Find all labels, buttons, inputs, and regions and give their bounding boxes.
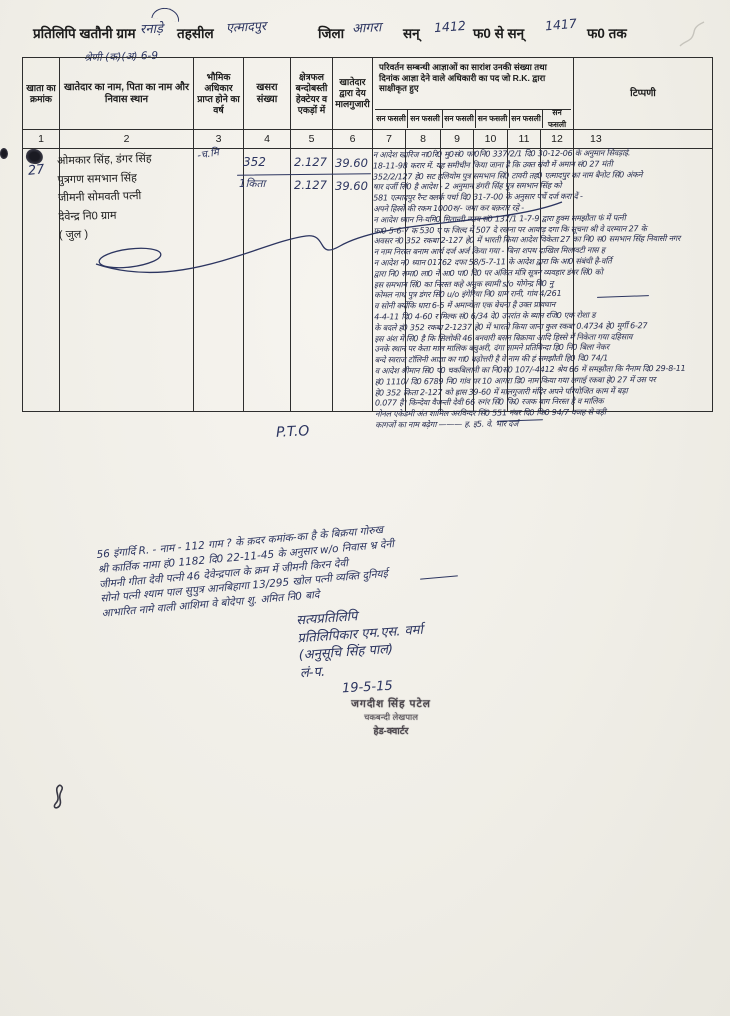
header-tippani: टिप्पणी [574, 58, 712, 129]
district-name-handwritten: आगरा [352, 17, 382, 37]
col-number: 5 [291, 130, 333, 148]
tehsil-label: तहसील [177, 24, 214, 42]
body-cell-khata [23, 149, 60, 411]
header-parivartan-group: परिवर्तन सम्बन्धी आज्ञाओं का सारांश उनकी… [373, 58, 574, 129]
malgujari-value-1: 39.60 [335, 156, 368, 170]
header-malgujari: खातेदार द्वारा देय मालगुजारी [333, 58, 373, 129]
column-number-row: 1 2 3 4 5 6 7 8 9 10 11 12 13 [23, 130, 712, 149]
stamp-name: जगदीश सिंह पटेल [326, 697, 456, 711]
col-number: 7 [373, 130, 406, 148]
col-number: 9 [441, 130, 474, 148]
table-header-row: खाता का क्रमांक खातेदार का नाम, पिता का … [23, 58, 712, 130]
orders-text-block: न आदेश खारिज ना0रि0 मु0सं0 फा0नि0 337/2/… [373, 147, 729, 431]
district-label: जिला [318, 24, 344, 42]
col-number: 10 [474, 130, 508, 148]
header-khata: खाता का क्रमांक [23, 58, 60, 129]
sun-fasli-label: सन फसली [443, 110, 476, 128]
header-parivartan-text: परिवर्तन सम्बन्धी आज्ञाओं का सारांश उनकी… [375, 59, 571, 109]
document-title: प्रतिलिपि खतौनी ग्राम [33, 24, 136, 42]
sun-fasli-label: सन फसली [408, 110, 443, 128]
stamp-designation: चकबन्दी लेखपाल [326, 712, 456, 723]
col-number: 13 [574, 130, 712, 148]
header-kshetrafal: क्षेत्रफल बन्दोबस्ती हेक्टेयर व एकड़ों म… [291, 58, 333, 129]
col-number: 2 [60, 130, 194, 148]
name-line: ओमकार सिंह, डंगर सिंह [57, 150, 152, 171]
col-number: 11 [508, 130, 541, 148]
col-number: 4 [244, 130, 291, 148]
col-number: 1 [23, 130, 60, 148]
sun-fasli-label: सन फसली [510, 110, 543, 128]
pencil-smudge-mark [672, 20, 708, 54]
col-number: 3 [194, 130, 244, 148]
stamp-office: हेड-क्वार्टर [326, 724, 456, 737]
order-line: कागजों का नाम बढ़ेगा ——— ह. इ5. वे. भार … [375, 417, 729, 431]
header-bhoumik-adhikar: भौमिक अधिकार प्राप्त होने का वर्ष [194, 58, 244, 129]
header-khatedaar-name: खातेदार का नाम, पिता का नाम और निवास स्थ… [60, 58, 194, 129]
sun-fasli-subrow: सन फसली सन फसली सन फसली सन फसली सन फसली … [375, 109, 571, 128]
sun-fasli-label: सन फसली [543, 110, 571, 128]
khatauni-scanned-document: प्रतिलिपि खतौनी ग्राम रनाड़े तहसील एत्मा… [0, 0, 730, 1016]
fasli-to-label: फ0 तक [587, 24, 627, 42]
col-number: 6 [333, 130, 373, 148]
rubber-stamp: जगदीश सिंह पटेल चकबन्दी लेखपाल हेड-क्वार… [326, 697, 456, 737]
tehsil-name-handwritten: एत्मादपुर [226, 17, 267, 36]
sun-fasli-label: सन फसली [375, 110, 408, 128]
area-value-1: 2.127 [294, 155, 327, 169]
fasli-from-label: फ0 से सन् [473, 24, 524, 42]
pto-note-handwritten: P.T.O [276, 423, 310, 441]
edge-ink-smudge [0, 148, 8, 159]
middle-note-block: 56 इंगार्दि R. - नाम - 112 गाम ? के क़दर… [96, 511, 521, 621]
khasra-number-1: 352 [243, 155, 266, 169]
year-label: सन् [403, 24, 420, 42]
sun-fasli-label: सन फसली [476, 110, 510, 128]
year-from-handwritten: 1412 [434, 18, 467, 35]
signature-block: सत्यप्रतिलिपिप्रतिलिपिकार एम.एस. वर्मा(अ… [296, 604, 426, 683]
khata-number-handwritten: 27 [27, 162, 45, 179]
signature-date: 19-5-15 [342, 679, 393, 697]
header-khasra-sankhya: खसरा संख्या [244, 58, 291, 129]
village-name-handwritten: रनाड़े [140, 19, 163, 38]
year-to-handwritten: 1417 [544, 16, 577, 34]
pen-doodle-mark [46, 782, 76, 816]
col-number: 8 [406, 130, 441, 148]
col-number: 12 [541, 130, 574, 148]
